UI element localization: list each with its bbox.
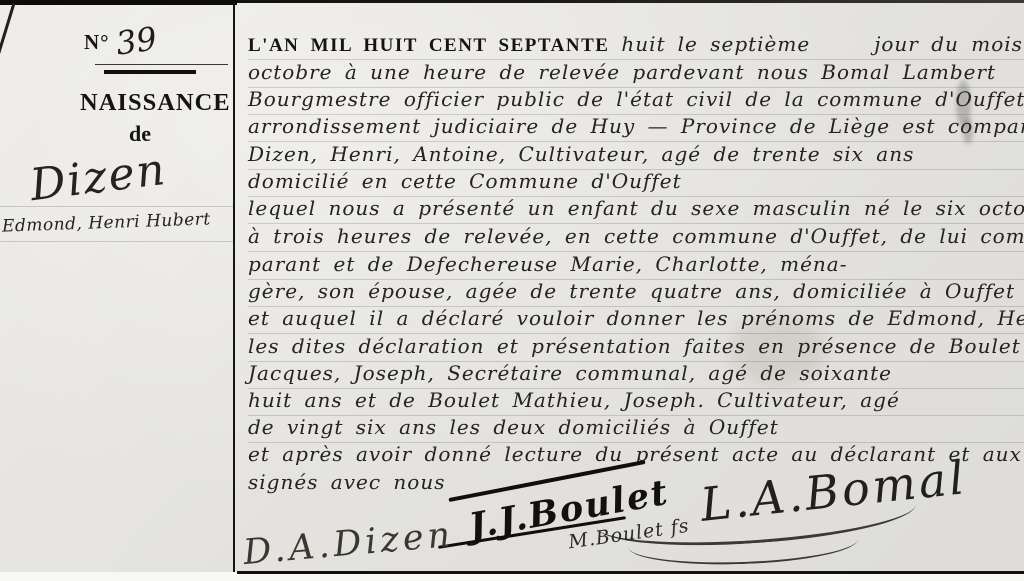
printed-year-heading: L'AN MIL HUIT CENT SEPTANTE	[248, 35, 609, 56]
margin-subtitle: de	[60, 121, 220, 147]
act-number-label: N°	[84, 30, 110, 55]
margin-vertical-rule	[233, 2, 235, 572]
margin-title: NAISSANCE	[80, 90, 231, 117]
body-line: parant et de Defechereuse Marie, Charlot…	[248, 252, 1024, 280]
body-line: L'AN MIL HUIT CENT SEPTANTEhuitle septiè…	[248, 32, 1024, 60]
body-line: de vingt six ans les deux domiciliés à O…	[248, 415, 1024, 443]
body-line: Bourgmestre officier public de l'état ci…	[248, 87, 1024, 115]
body-line: gère, son épouse, agée de trente quatre …	[248, 279, 1024, 307]
margin-surname: Dizen	[27, 144, 169, 211]
act-number-underline-thick	[104, 70, 196, 74]
margin-rule	[0, 241, 233, 242]
body-line: à trois heures de relevée, en cette comm…	[248, 224, 1024, 252]
handwritten-entry: jour du mois d'	[874, 32, 1024, 56]
margin-rule	[0, 206, 233, 207]
handwritten-entry: huit	[621, 32, 665, 56]
body-line: lequel nous a présenté un enfant du sexe…	[248, 196, 1024, 224]
top-border-thick-segment	[0, 0, 237, 5]
body-line: huit ans et de Boulet Mathieu, Joseph. C…	[248, 388, 1024, 416]
act-number-underline	[95, 64, 228, 65]
bottom-border-line	[237, 571, 1024, 574]
handwritten-entry: le septième	[678, 32, 811, 56]
body-line: octobre à une heure de relevée pardevant…	[248, 60, 1024, 88]
margin-given-names: Edmond, Henri Hubert	[2, 209, 211, 236]
body-line: Dizen, Henri, Antoine, Cultivateur, agé …	[248, 142, 1024, 170]
signature-declarant: D.A.Dizen	[242, 515, 456, 573]
body-line: domicilié en cette Commune d'Ouffet	[248, 169, 1024, 197]
body-line: et auquel il a déclaré vouloir donner le…	[248, 306, 1024, 334]
corner-ink-mark	[0, 3, 15, 59]
birth-record-scan: N° 39 NAISSANCE de Dizen Edmond, Henri H…	[0, 0, 1024, 581]
body-line: arrondissement judiciaire de Huy — Provi…	[248, 114, 1024, 142]
body-line: Jacques, Joseph, Secrétaire communal, ag…	[248, 361, 1024, 389]
body-line: les dites déclaration et présentation fa…	[248, 334, 1024, 362]
act-number-value: 39	[114, 19, 160, 62]
